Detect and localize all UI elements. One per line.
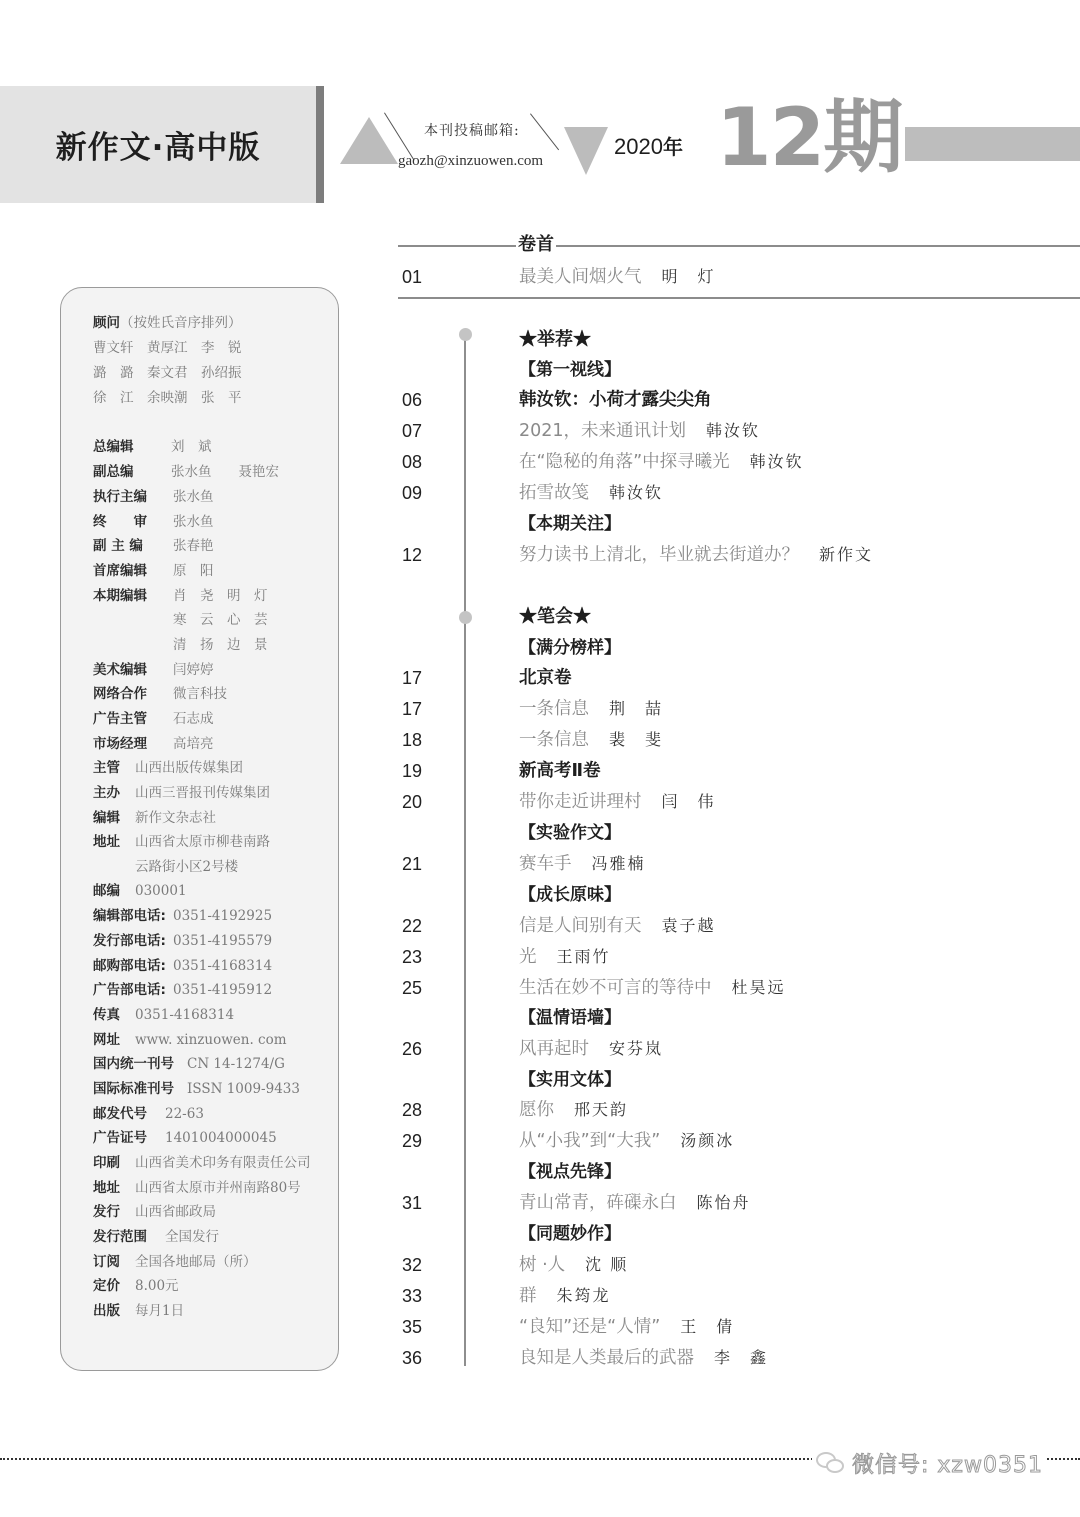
credit-label: 广告主管 bbox=[93, 710, 173, 728]
entry-title: 努力读书上清北，毕业就去街道办？ bbox=[519, 545, 799, 565]
entry-author: 杜昊远 bbox=[732, 978, 786, 997]
credit-label: 发行 bbox=[93, 1203, 135, 1221]
credit-row: 广告部电话:0351-4195912 bbox=[93, 981, 272, 999]
credit-label: 定价 bbox=[93, 1277, 135, 1295]
credit-label: 副 主 编 bbox=[93, 537, 173, 555]
page-number: 35 bbox=[402, 1316, 422, 1338]
page-number: 25 bbox=[402, 977, 422, 999]
toc-entry[interactable]: 风再起时安芬岚 bbox=[519, 1038, 663, 1060]
entry-title: 2021，未来通讯计划 bbox=[519, 421, 686, 441]
triangle-up-icon bbox=[340, 117, 398, 164]
credit-value: 清 扬 边 景 bbox=[173, 637, 268, 653]
credit-label: 邮购部电话: bbox=[93, 957, 173, 975]
entry-author: 邢天韵 bbox=[574, 1100, 628, 1119]
masthead-accent-bar bbox=[905, 127, 1080, 161]
column-heading: 【本期关注】 bbox=[519, 513, 621, 535]
toc-entry[interactable]: 最美人间烟火气明 灯 bbox=[519, 266, 716, 288]
entry-author: 明 灯 bbox=[662, 267, 716, 286]
credit-row: 广告证号1401004000045 bbox=[93, 1129, 277, 1147]
credit-row: 云路街小区2号楼 bbox=[93, 858, 238, 876]
credit-row: 编辑部电话:0351-4192925 bbox=[93, 907, 272, 925]
credit-value: 寒 云 心 芸 bbox=[173, 612, 268, 628]
entry-title: 树 ·人 bbox=[519, 1255, 565, 1275]
page-number: 09 bbox=[402, 482, 422, 504]
credit-value: 闫婷婷 bbox=[173, 662, 214, 678]
credit-label: 网络合作 bbox=[93, 685, 173, 703]
credit-value: 张水鱼 bbox=[173, 489, 214, 505]
page-number: 36 bbox=[402, 1347, 422, 1369]
credit-row: 本期编辑肖 尧 明 灯 bbox=[93, 587, 268, 605]
toc-entry[interactable]: 良知是人类最后的武器李 鑫 bbox=[519, 1347, 768, 1369]
entry-title: 北京卷 bbox=[519, 668, 572, 688]
masthead-divider-bar bbox=[316, 86, 324, 203]
page-number: 12 bbox=[402, 544, 422, 566]
credit-row: 美术编辑闫婷婷 bbox=[93, 661, 214, 679]
wechat-id: 微信号: xzw0351 bbox=[852, 1448, 1043, 1479]
credit-value: 山西三晋报刊传媒集团 bbox=[135, 785, 270, 801]
credit-row: 终 审张水鱼 bbox=[93, 513, 214, 531]
toc-entry[interactable]: 在“隐秘的角落”中探寻曦光韩汝钦 bbox=[519, 451, 804, 473]
entry-author: 陈怡舟 bbox=[697, 1193, 751, 1212]
slash-decoration bbox=[530, 113, 559, 150]
credit-value: 山西省美术印务有限责任公司 bbox=[135, 1155, 311, 1171]
credit-label: 地址 bbox=[93, 833, 135, 851]
issue-year: 2020年 bbox=[614, 131, 683, 160]
page-number: 23 bbox=[402, 946, 422, 968]
entry-author: 沈 顺 bbox=[585, 1255, 628, 1274]
credit-row: 国际标准刊号ISSN 1009-9433 bbox=[93, 1080, 300, 1098]
credit-label: 首席编辑 bbox=[93, 562, 173, 580]
page-number: 28 bbox=[402, 1099, 422, 1121]
toc-entry[interactable]: 2021，未来通讯计划韩汝钦 bbox=[519, 420, 760, 442]
toc-entry[interactable]: 韩汝钦：小荷才露尖尖角 bbox=[519, 389, 712, 411]
credit-value: 0351-4168314 bbox=[135, 1007, 234, 1023]
triangle-down-icon bbox=[564, 127, 608, 175]
credit-value: CN 14-1274/G bbox=[187, 1056, 285, 1072]
entry-author: 李 鑫 bbox=[714, 1348, 768, 1367]
credit-label: 副总编 bbox=[93, 463, 171, 481]
credit-value: 0351-4195912 bbox=[173, 982, 272, 998]
entry-title: 带你走近讲理村 bbox=[519, 792, 642, 812]
credit-value: 每月1日 bbox=[135, 1303, 184, 1319]
credit-value: 0351-4168314 bbox=[173, 958, 272, 974]
year-number: 2020 bbox=[614, 134, 663, 159]
entry-author: 韩汝钦 bbox=[750, 452, 804, 471]
year-suffix: 年 bbox=[663, 135, 683, 159]
credit-value: 8.00元 bbox=[135, 1278, 179, 1294]
credit-row: 传真0351-4168314 bbox=[93, 1006, 234, 1024]
credit-value: ISSN 1009-9433 bbox=[187, 1081, 300, 1097]
credit-row: 定价8.00元 bbox=[93, 1277, 179, 1295]
page-number: 19 bbox=[402, 760, 422, 782]
column-heading: 【满分榜样】 bbox=[519, 637, 621, 659]
page-number: 29 bbox=[402, 1130, 422, 1152]
column-heading: 【成长原味】 bbox=[519, 884, 621, 906]
page-number: 26 bbox=[402, 1038, 422, 1060]
credit-label: 传真 bbox=[93, 1006, 135, 1024]
column-heading: 【同题妙作】 bbox=[519, 1223, 621, 1245]
entry-author: 韩汝钦 bbox=[706, 421, 760, 440]
credit-value: 新作文杂志社 bbox=[135, 810, 216, 826]
toc-entry[interactable]: 拓雪故笺韩汝钦 bbox=[519, 482, 663, 504]
credit-row: 副 主 编张春艳 bbox=[93, 537, 214, 555]
credit-value: 山西省邮政局 bbox=[135, 1204, 216, 1220]
entry-title: 拓雪故笺 bbox=[519, 483, 589, 503]
toc-entry[interactable]: 新高考Ⅱ卷 bbox=[519, 760, 601, 782]
credit-row: 曹文轩 黄厚江 李 锐 bbox=[93, 339, 242, 357]
credit-label: 网址 bbox=[93, 1031, 135, 1049]
credit-value: 0351-4192925 bbox=[173, 908, 272, 924]
page-number: 07 bbox=[402, 420, 422, 442]
section-rule bbox=[398, 297, 1080, 299]
wechat-icon bbox=[816, 1452, 846, 1476]
entry-title: 信是人间别有天 bbox=[519, 916, 642, 936]
credit-value: 云路街小区2号楼 bbox=[135, 859, 238, 875]
page-number: 20 bbox=[402, 791, 422, 813]
credit-value: 刘 斌 bbox=[171, 439, 212, 455]
credit-label: 广告证号 bbox=[93, 1129, 165, 1147]
entry-author: 荆 喆 bbox=[609, 699, 663, 718]
credit-label: 终 审 bbox=[93, 513, 173, 531]
credit-note: （按姓氏音序排列） bbox=[120, 315, 242, 331]
entry-title: 从“小我”到“大我” bbox=[519, 1131, 660, 1151]
entry-author: 安芬岚 bbox=[609, 1039, 663, 1058]
credit-label: 执行主编 bbox=[93, 488, 173, 506]
credit-row: 徐 江 余映潮 张 平 bbox=[93, 389, 242, 407]
credit-value: 微言科技 bbox=[173, 686, 227, 702]
entry-title: 愿你 bbox=[519, 1100, 554, 1120]
entry-title: 光 bbox=[519, 947, 537, 967]
credit-row: 编辑新作文杂志社 bbox=[93, 809, 216, 827]
credit-value: 张水鱼 聂艳宏 bbox=[171, 464, 279, 480]
toc-entry[interactable]: “良知”还是“人情”王 倩 bbox=[519, 1316, 734, 1338]
credit-row: 邮发代号22-63 bbox=[93, 1105, 204, 1123]
credit-value: 张春艳 bbox=[173, 538, 214, 554]
timeline-dot bbox=[459, 611, 472, 624]
credit-row: 地址山西省太原市柳巷南路 bbox=[93, 833, 270, 851]
credit-row: 网址www. xinzuowen. com bbox=[93, 1031, 287, 1049]
entry-author: 袁子越 bbox=[662, 916, 716, 935]
credit-label: 总编辑 bbox=[93, 438, 171, 456]
entry-author: 冯雅楠 bbox=[592, 854, 646, 873]
credit-row: 寒 云 心 芸 bbox=[93, 611, 268, 629]
credit-row: 顾问（按姓氏音序排列） bbox=[93, 314, 242, 332]
credit-label: 市场经理 bbox=[93, 735, 173, 753]
column-heading: 【温情语墙】 bbox=[519, 1007, 621, 1029]
magazine-title: 新作文·高中版 bbox=[0, 86, 316, 203]
page-number: 06 bbox=[402, 389, 422, 411]
page-number: 01 bbox=[402, 266, 422, 288]
credit-row: 潞 潞 秦文君 孙绍振 bbox=[93, 364, 242, 382]
credit-label: 发行范围 bbox=[93, 1228, 165, 1246]
credit-row: 主办山西三晋报刊传媒集团 bbox=[93, 784, 270, 802]
credit-label: 国内统一刊号 bbox=[93, 1055, 187, 1073]
credit-label: 本期编辑 bbox=[93, 587, 173, 605]
credit-row: 首席编辑原 阳 bbox=[93, 562, 214, 580]
credit-row: 清 扬 边 景 bbox=[93, 636, 268, 654]
entry-title: 生活在妙不可言的等待中 bbox=[519, 978, 712, 998]
credit-row: 国内统一刊号CN 14-1274/G bbox=[93, 1055, 285, 1073]
credit-label: 主办 bbox=[93, 784, 135, 802]
credit-row: 广告主管石志成 bbox=[93, 710, 214, 728]
entry-author: 朱筠龙 bbox=[557, 1286, 611, 1305]
credit-row: 印刷山西省美术印务有限责任公司 bbox=[93, 1154, 311, 1172]
page-number: 31 bbox=[402, 1192, 422, 1214]
credit-row: 执行主编张水鱼 bbox=[93, 488, 214, 506]
credit-label: 编辑 bbox=[93, 809, 135, 827]
toc-entry[interactable]: 青山常青，砗磲永白陈怡舟 bbox=[519, 1192, 751, 1214]
credit-row: 市场经理高培亮 bbox=[93, 735, 214, 753]
credit-value: 全国发行 bbox=[165, 1229, 219, 1245]
group-heading-recommend: ★举荐★ bbox=[519, 329, 591, 351]
column-heading: 【实用文体】 bbox=[519, 1069, 621, 1091]
credit-label: 出版 bbox=[93, 1302, 135, 1320]
toc-entry[interactable]: 带你走近讲理村闫 伟 bbox=[519, 791, 716, 813]
submission-email[interactable]: gaozh@xinzuowen.com bbox=[398, 153, 543, 170]
page-number: 18 bbox=[402, 729, 422, 751]
credit-row: 订阅全国各地邮局（所） bbox=[93, 1253, 257, 1271]
advisor-names: 潞 潞 秦文君 孙绍振 bbox=[93, 365, 242, 381]
entry-author: 王 倩 bbox=[680, 1317, 734, 1336]
entry-author: 王雨竹 bbox=[557, 947, 611, 966]
credit-label: 邮发代号 bbox=[93, 1105, 165, 1123]
credit-value: www. xinzuowen. com bbox=[135, 1032, 287, 1048]
entry-author: 汤颜冰 bbox=[680, 1131, 734, 1150]
toc-entry[interactable]: 群朱筠龙 bbox=[519, 1285, 611, 1307]
credit-value: 张水鱼 bbox=[173, 514, 214, 530]
entry-title: 韩汝钦：小荷才露尖尖角 bbox=[519, 390, 712, 410]
page-number: 32 bbox=[402, 1254, 422, 1276]
toc-entry[interactable]: 从“小我”到“大我”汤颜冰 bbox=[519, 1130, 734, 1152]
credit-value: 石志成 bbox=[173, 711, 214, 727]
page-number: 17 bbox=[402, 698, 422, 720]
toc-entry[interactable]: 光王雨竹 bbox=[519, 946, 611, 968]
entry-title: 一条信息 bbox=[519, 730, 589, 750]
credit-value: 山西省太原市柳巷南路 bbox=[135, 834, 270, 850]
toc-entry[interactable]: 努力读书上清北，毕业就去街道办？新作文 bbox=[519, 544, 873, 566]
entry-title: “良知”还是“人情” bbox=[519, 1317, 660, 1337]
issue-number: 12期 bbox=[716, 90, 901, 186]
submission-email-label: 本刊投稿邮箱: bbox=[424, 120, 520, 140]
entry-title: 良知是人类最后的武器 bbox=[519, 1348, 694, 1368]
credit-label: 国际标准刊号 bbox=[93, 1080, 187, 1098]
credit-row: 发行山西省邮政局 bbox=[93, 1203, 216, 1221]
toc-entry[interactable]: 愿你邢天韵 bbox=[519, 1099, 628, 1121]
credit-value: 22-63 bbox=[165, 1106, 204, 1122]
credit-row: 邮编030001 bbox=[93, 882, 187, 900]
credit-value: 高培亮 bbox=[173, 736, 214, 752]
entry-author: 新作文 bbox=[819, 545, 873, 564]
section-rule bbox=[398, 245, 1080, 247]
credit-value: 0351-4195579 bbox=[173, 933, 272, 949]
credit-label: 印刷 bbox=[93, 1154, 135, 1172]
credit-row: 邮购部电话:0351-4168314 bbox=[93, 957, 272, 975]
credit-row: 总编辑刘 斌 bbox=[93, 438, 212, 456]
column-heading: 【视点先锋】 bbox=[519, 1161, 621, 1183]
credit-value: 全国各地邮局（所） bbox=[135, 1254, 257, 1270]
timeline-dot bbox=[459, 328, 472, 341]
credit-row: 副总编张水鱼 聂艳宏 bbox=[93, 463, 279, 481]
credit-value: 肖 尧 明 灯 bbox=[173, 588, 268, 604]
advisor-names: 徐 江 余映潮 张 平 bbox=[93, 390, 242, 406]
toc-entry[interactable]: 一条信息荆 喆 bbox=[519, 698, 663, 720]
credit-row: 网络合作微言科技 bbox=[93, 685, 227, 703]
credit-label: 发行部电话: bbox=[93, 932, 173, 950]
credit-row: 出版每月1日 bbox=[93, 1302, 184, 1320]
credit-value: 山西出版传媒集团 bbox=[135, 760, 243, 776]
column-heading: 【第一视线】 bbox=[519, 359, 621, 381]
entry-title: 一条信息 bbox=[519, 699, 589, 719]
column-heading: 【实验作文】 bbox=[519, 822, 621, 844]
page-number: 08 bbox=[402, 451, 422, 473]
toc-entry[interactable]: 一条信息裴 斐 bbox=[519, 729, 663, 751]
entry-title: 新高考Ⅱ卷 bbox=[519, 761, 601, 781]
credit-row: 发行部电话:0351-4195579 bbox=[93, 932, 272, 950]
entry-title: 风再起时 bbox=[519, 1039, 589, 1059]
credit-row: 主管山西出版传媒集团 bbox=[93, 759, 243, 777]
credit-value: 030001 bbox=[135, 883, 187, 899]
toc-entry[interactable]: 树 ·人沈 顺 bbox=[519, 1254, 628, 1276]
entry-title: 群 bbox=[519, 1286, 537, 1306]
entry-title: 赛车手 bbox=[519, 854, 572, 874]
toc-entry[interactable]: 信是人间别有天袁子越 bbox=[519, 915, 716, 937]
credit-label: 美术编辑 bbox=[93, 661, 173, 679]
credit-label: 地址 bbox=[93, 1179, 135, 1197]
page-number: 33 bbox=[402, 1285, 422, 1307]
advisor-names: 曹文轩 黄厚江 李 锐 bbox=[93, 340, 242, 356]
entry-author: 闫 伟 bbox=[662, 792, 716, 811]
credit-label: 订阅 bbox=[93, 1253, 135, 1271]
entry-title: 最美人间烟火气 bbox=[519, 267, 642, 287]
timeline-line bbox=[464, 335, 466, 1366]
credit-value: 山西省太原市并州南路80号 bbox=[135, 1180, 301, 1196]
page-number: 21 bbox=[402, 853, 422, 875]
toc-entry[interactable]: 生活在妙不可言的等待中杜昊远 bbox=[519, 977, 786, 999]
entry-author: 韩汝钦 bbox=[609, 483, 663, 502]
wechat-watermark: 微信号: xzw0351 bbox=[812, 1448, 1047, 1479]
credit-value: 原 阳 bbox=[173, 563, 214, 579]
entry-title: 青山常青，砗磲永白 bbox=[519, 1193, 677, 1213]
credit-label: 顾问 bbox=[93, 315, 120, 331]
credit-label: 广告部电话: bbox=[93, 981, 173, 999]
credit-label: 编辑部电话: bbox=[93, 907, 173, 925]
section-heading-juanshou: 卷首 bbox=[516, 234, 556, 256]
credit-label: 邮编 bbox=[93, 882, 135, 900]
toc-entry[interactable]: 北京卷 bbox=[519, 667, 572, 689]
credit-row: 地址山西省太原市并州南路80号 bbox=[93, 1179, 301, 1197]
page-number: 17 bbox=[402, 667, 422, 689]
credit-row: 发行范围全国发行 bbox=[93, 1228, 219, 1246]
group-heading-bihui: ★笔会★ bbox=[519, 606, 591, 628]
entry-title: 在“隐秘的角落”中探寻曦光 bbox=[519, 452, 730, 472]
credit-value: 1401004000045 bbox=[165, 1130, 277, 1146]
credit-label: 主管 bbox=[93, 759, 135, 777]
toc-entry[interactable]: 赛车手冯雅楠 bbox=[519, 853, 646, 875]
page-number: 22 bbox=[402, 915, 422, 937]
entry-author: 裴 斐 bbox=[609, 730, 663, 749]
